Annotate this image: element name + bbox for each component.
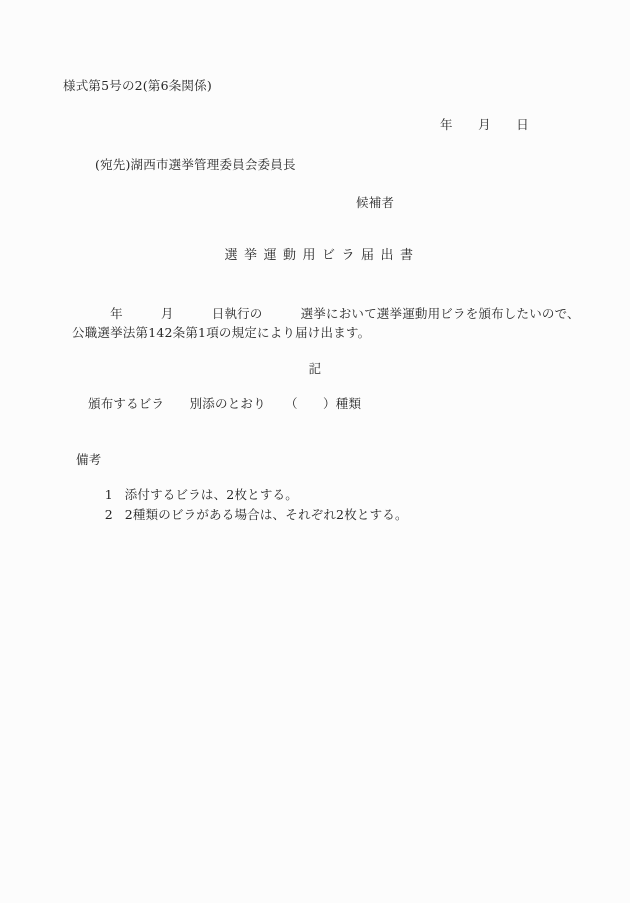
body-text-line1: 年 月 日執行の 選挙において選挙運動用ビラを頒布したいので、 xyxy=(72,306,580,322)
distribution-line: 頒布するビラ 別添のとおり （ ）種類 xyxy=(88,396,361,412)
record-heading: 記 xyxy=(0,361,630,377)
date-line: 年 月 日 xyxy=(440,117,529,133)
remark-item-2-number: 2 xyxy=(105,507,125,523)
document-page: 様式第5号の2(第6条関係) 年 月 日 (宛先)湖西市選挙管理委員会委員長 候… xyxy=(0,0,630,903)
remarks-heading: 備考 xyxy=(76,452,101,468)
remark-item-2: 22種類のビラがある場合は、それぞれ2枚とする。 xyxy=(88,491,408,538)
body-text-line2: 公職選挙法第142条第1項の規定により届け出ます。 xyxy=(72,325,370,341)
remark-item-2-text: 2種類のビラがある場合は、それぞれ2枚とする。 xyxy=(125,507,408,522)
form-number-label: 様式第5号の2(第6条関係) xyxy=(63,78,212,94)
addressee-label: (宛先)湖西市選挙管理委員会委員長 xyxy=(95,157,296,173)
candidate-label: 候補者 xyxy=(356,195,394,211)
document-title: 選挙運動用ビラ届出書 xyxy=(0,248,630,264)
